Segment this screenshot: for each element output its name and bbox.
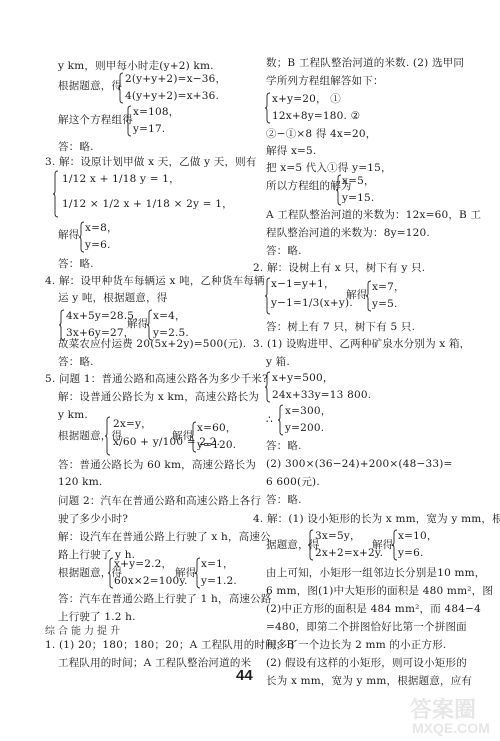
text-line: x+y=20， ① xyxy=(272,93,341,106)
text-line: x=8， xyxy=(85,222,118,235)
left-brace-icon xyxy=(391,529,398,561)
text-line: =480，即第二个拼图恰好比第一个拼图面 xyxy=(266,621,467,634)
text-line: 程队整治河道的米数为：8y=120. xyxy=(266,227,430,240)
text-line: 积多了一个边长为 2 mm 的小正方形. xyxy=(266,639,446,652)
text-line: 长为 x mm，宽为 y mm，根据题意，应有 xyxy=(266,675,472,688)
text-line: (2) 假设有这样的小矩形，则可设小矩形的 xyxy=(266,657,467,670)
text-line: 驶了多少小时? xyxy=(58,513,128,526)
text-line: ②−①×8 得 4x=20， xyxy=(266,128,377,141)
text-line: x=108， xyxy=(133,106,179,119)
text-line: (2) 300×(36−24)+200×(48−33)= xyxy=(266,458,453,471)
text-line: 4(y+y+2)=x+36. xyxy=(125,90,219,103)
left-brace-icon xyxy=(78,221,85,253)
left-brace-icon xyxy=(117,72,124,104)
left-brace-icon xyxy=(307,529,314,561)
text-line: 120 km. xyxy=(58,476,102,489)
text-line: y=6. xyxy=(398,547,424,560)
text-line: 工程队用的时间；A 工程队整治河道的米 xyxy=(58,657,251,670)
text-line: y 箱. xyxy=(266,356,290,369)
text-line: 根据题意，得 xyxy=(58,80,122,93)
left-brace-icon xyxy=(335,174,342,206)
text-line: x=60， xyxy=(197,422,237,435)
left-brace-icon xyxy=(104,416,111,456)
text-line: y=5. xyxy=(372,298,398,311)
text-line: 5. 问题 1：普通公路和高速公路各为多少千米? xyxy=(45,373,268,386)
text-line: 6 600(元). xyxy=(266,476,320,489)
text-line: y km，则甲每小时走(y+2) km. xyxy=(58,60,214,73)
text-line: 1. (1) 20；180；180；20；A 工程队用的时间；B xyxy=(45,639,294,652)
text-line: 解得 xyxy=(58,229,79,242)
left-brace-icon xyxy=(107,557,114,589)
text-line: 2. 解：设树上有 x 只，树下有 y 只. xyxy=(253,262,425,275)
text-line: 问题 2：汽车在普通公路和高速公路上各行 xyxy=(58,495,261,508)
text-line: x=4， xyxy=(153,310,186,323)
text-line: y=1.2. xyxy=(201,575,237,588)
text-line: y km. xyxy=(58,409,88,422)
text-line: 1/12 × 1/2 x + 1/18 × 2y = 1， xyxy=(62,198,233,211)
left-brace-icon xyxy=(194,557,201,589)
left-brace-icon xyxy=(146,309,153,341)
text-line: 由上可知，小矩形一组邻边长分别是10 mm， xyxy=(266,567,486,580)
left-brace-icon xyxy=(58,309,65,341)
left-brace-icon xyxy=(125,105,132,137)
text-line: 答：略. xyxy=(266,494,302,507)
left-brace-icon xyxy=(52,170,59,218)
text-line: y=120. xyxy=(197,439,236,452)
text-line: x=5， xyxy=(342,175,375,188)
text-line: 2x=y， xyxy=(113,418,152,431)
text-line: A 工程队整治河道的米数为：12x=60，B 工 xyxy=(266,209,481,222)
page-number: 44 xyxy=(236,667,253,684)
text-line: 数；B 工程队整治河道的米数. (2) 选甲同 xyxy=(266,57,464,70)
text-line: 答：普通公路长为 60 km，高速公路长为 xyxy=(58,459,256,472)
text-line: 3. 解：设原计划甲做 x 天，乙做 y 天，则有 xyxy=(45,156,257,169)
text-line: 6 mm，图(1)中大矩形的面积是 480 mm²，图 xyxy=(266,585,493,598)
left-brace-icon xyxy=(190,421,197,453)
left-brace-icon xyxy=(365,280,372,312)
text-line: x=10， xyxy=(398,530,438,543)
text-line: x=300， xyxy=(285,405,331,418)
text-line: 答：汽车在普通公路上行驶了 1 h，高速公路 xyxy=(58,593,272,606)
text-line: y=15. xyxy=(342,192,374,205)
text-line: 12x+8y=180. ② xyxy=(272,110,360,123)
watermark-url: MXQE.COM xyxy=(412,720,490,736)
text-line: x=7， xyxy=(372,281,405,294)
text-line: y=17. xyxy=(133,123,165,136)
text-line: x+y=500， xyxy=(272,372,334,385)
text-line: x+y=2.2， xyxy=(114,558,172,571)
text-line: 答：略. xyxy=(58,141,94,154)
text-line: 3. (1) 设购进甲、乙两种矿泉水分别为 x 箱， xyxy=(253,338,470,351)
text-line: 2(y+y+2)=x−36， xyxy=(125,73,226,86)
left-brace-icon xyxy=(264,92,271,124)
left-brace-icon xyxy=(277,404,284,436)
left-brace-icon xyxy=(264,277,271,315)
left-brace-icon xyxy=(264,371,271,403)
section-heading: 综合能力提升 xyxy=(45,622,123,637)
text-line: 3x=5y， xyxy=(315,530,361,543)
text-line: ∴ xyxy=(266,414,273,427)
text-line: (2)中正方形的面积是 484 mm²，而 484−4 xyxy=(266,603,481,616)
text-line: y=200. xyxy=(285,422,324,435)
text-line: 4. 解：设甲种货车每辆运 x 吨，乙种货车每辆 xyxy=(45,275,265,288)
text-line: 答：树上有 7 只，树下有 5 只. xyxy=(266,321,415,334)
text-line: 4. 解：(1) 设小矩形的长为 x mm，宽为 y mm，根 xyxy=(253,513,500,526)
text-line: 运 y 吨，根据题意，得 xyxy=(58,292,168,305)
text-line: 解这个方程组得 xyxy=(58,114,133,127)
text-line: 24x+33y=13 800. xyxy=(272,389,371,402)
text-line: 1/12 x + 1/18 y = 1， xyxy=(62,173,180,186)
text-line: 答：略. xyxy=(266,245,302,258)
text-line: y=6. xyxy=(85,239,111,252)
text-line: x=1， xyxy=(201,558,234,571)
text-line: x−1=y+1， xyxy=(271,278,335,291)
text-line: 答：略. xyxy=(266,440,302,453)
text-line: 解得 x=5. xyxy=(266,145,316,158)
text-line: 把 x=5 代入①得 y=15， xyxy=(266,162,392,175)
text-line: 学所列方程组解答如下： xyxy=(266,75,384,88)
text-line: y−1=1/3(x+y). xyxy=(271,297,353,310)
text-line: 答：略. xyxy=(58,258,94,271)
text-line: 解：设普通公路长为 x km，高速公路长为 xyxy=(58,391,259,404)
text-line: 答：略. xyxy=(58,356,94,369)
text-line: 解：设汽车在普通公路上行驶了 x h，高速公 xyxy=(58,531,271,544)
